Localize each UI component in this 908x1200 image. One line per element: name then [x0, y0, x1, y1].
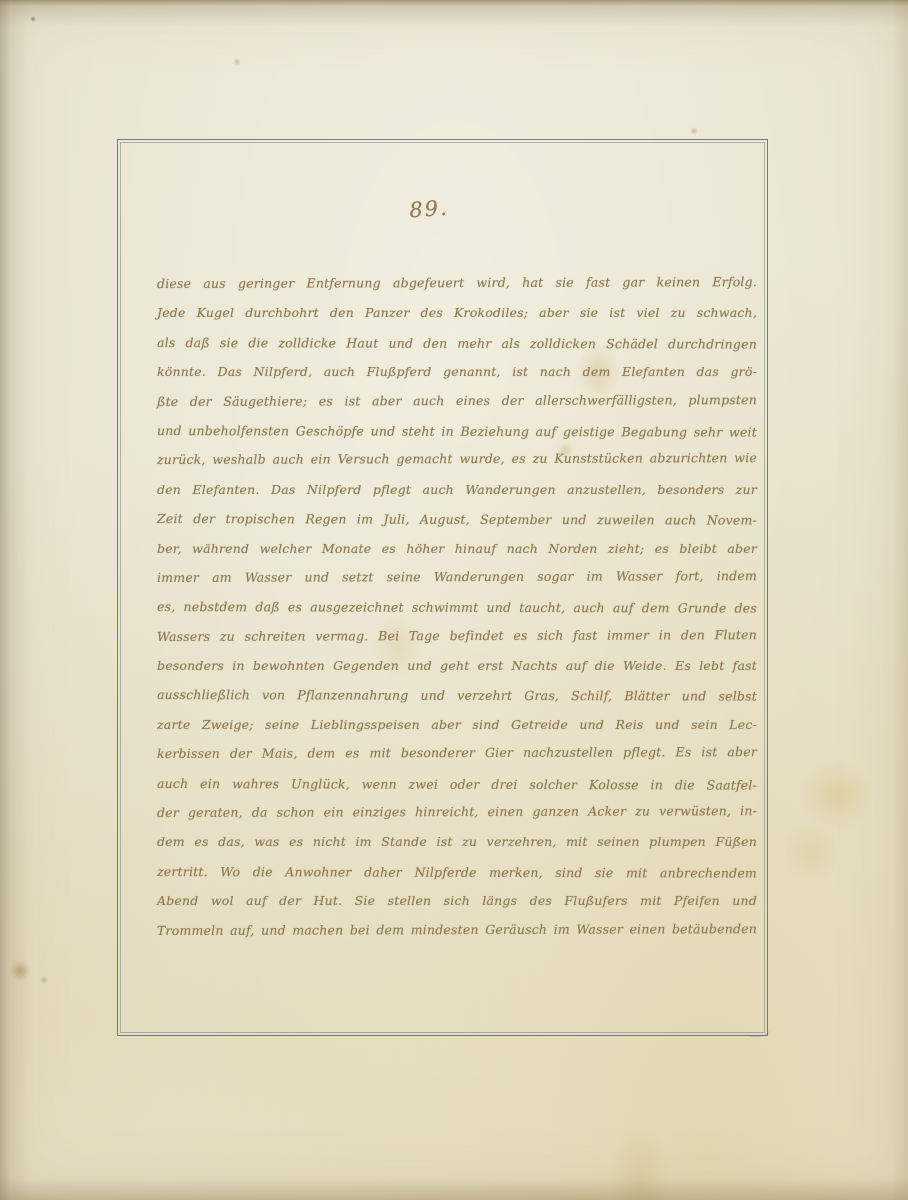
- manuscript-line: dem es das, was es nicht im Stande ist z…: [157, 827, 757, 856]
- manuscript-line: kerbissen der Mais, dem es mit besondere…: [157, 737, 757, 768]
- pencil-mark: [747, 1025, 770, 1038]
- manuscript-line: Trommeln auf, und machen bei dem mindest…: [157, 914, 757, 945]
- manuscript-line: immer am Wasser und setzt seine Wanderun…: [157, 561, 757, 592]
- manuscript-line: Wassers zu schreiten vermag. Bei Tage be…: [157, 620, 757, 651]
- manuscript-line: ber, während welcher Monate es höher hin…: [157, 534, 757, 563]
- manuscript-page: 89. diese aus geringer Entfernung abgefe…: [0, 0, 908, 1200]
- manuscript-line: es, nebstdem daß es ausgezeichnet schwim…: [157, 592, 757, 623]
- manuscript-line: Abend wol auf der Hut. Sie stellen sich …: [157, 886, 757, 915]
- manuscript-line: auch ein wahres Unglück, wenn zwei oder …: [157, 769, 757, 800]
- manuscript-line: zarte Zweige; seine Lieblingsspeisen abe…: [157, 710, 757, 739]
- manuscript-line: zertritt. Wo die Anwohner daher Nilpferd…: [157, 857, 757, 888]
- handwritten-text-block: diese aus geringer Entfernung abgefeuert…: [157, 269, 757, 945]
- manuscript-line: Zeit der tropischen Regen im Juli, Augus…: [157, 504, 757, 535]
- manuscript-line: zurück, weshalb auch ein Versuch gemacht…: [157, 443, 757, 474]
- manuscript-line: und unbeholfensten Geschöpfe und steht i…: [157, 416, 757, 447]
- manuscript-line: diese aus geringer Entfernung abgefeuert…: [157, 267, 757, 298]
- manuscript-line: Jede Kugel durchbohrt den Panzer des Kro…: [157, 298, 757, 327]
- manuscript-line: der geraten, da schon ein einziges hinre…: [157, 796, 757, 827]
- manuscript-line: als daß sie die zolldicke Haut und den m…: [157, 328, 757, 359]
- manuscript-line: ßte der Säugethiere; es ist aber auch ei…: [157, 385, 757, 416]
- manuscript-line: ausschließlich von Pflanzennahrung und v…: [157, 680, 757, 711]
- manuscript-line: den Elefanten. Das Nilpferd pflegt auch …: [157, 475, 757, 504]
- manuscript-line: besonders in bewohnten Gegenden und geht…: [157, 651, 757, 680]
- manuscript-line: könnte. Das Nilpferd, auch Flußpferd gen…: [157, 357, 757, 386]
